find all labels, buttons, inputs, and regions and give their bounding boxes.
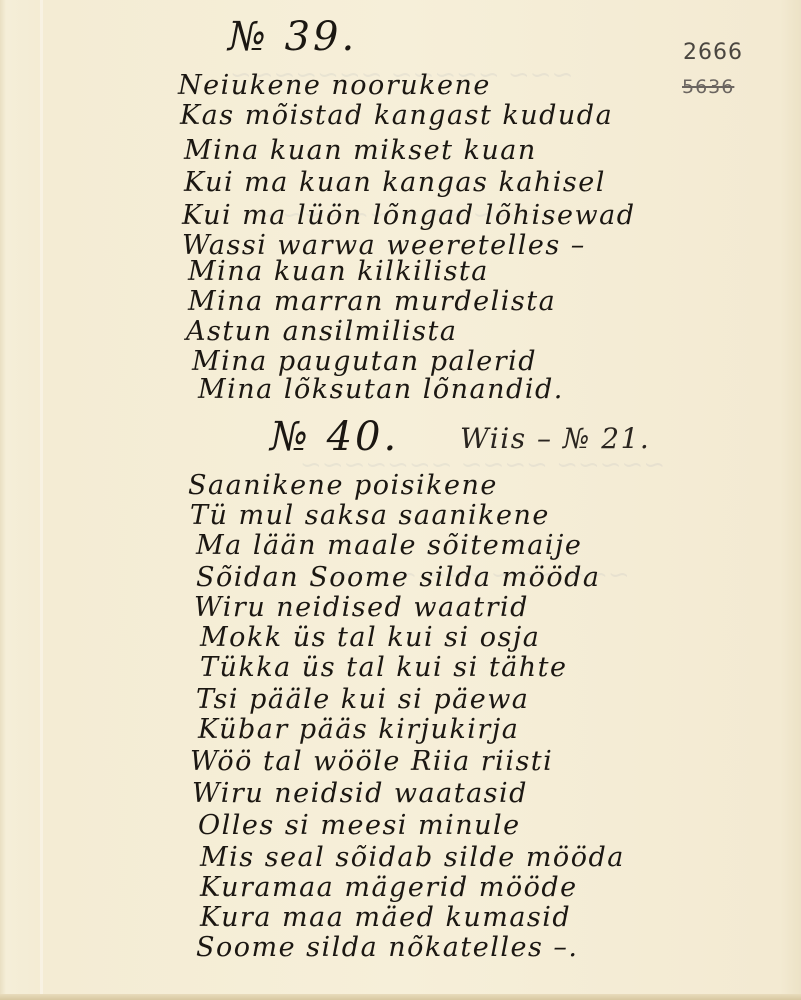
melody-reference: Wiis – № 21.	[460, 422, 650, 455]
verse-line: Kui ma lüön lõngad lõhisewad	[182, 200, 636, 231]
archive-number-struck: 5636	[682, 76, 734, 98]
verse-line: Wiru neidsid waatasid	[192, 778, 528, 809]
verse-line: Wöö tal wööle Riia riisti	[190, 746, 553, 777]
verse-line: Kuramaa mägerid mööde	[200, 872, 578, 903]
song-heading: № 39.	[228, 14, 357, 60]
verse-line: Mina lõksutan lõnandid.	[198, 374, 564, 405]
verse-line: Astun ansilmilista	[186, 316, 458, 347]
verse-line: Olles si meesi minule	[198, 810, 521, 841]
verse-line: Tü mul saksa saanikene	[190, 500, 550, 531]
verse-line: Kui ma kuan kangas kahisel	[184, 167, 606, 198]
verse-line: Kübar pääs kirjukirja	[198, 714, 519, 745]
verse-line: Wiru neidised waatrid	[194, 592, 529, 623]
manuscript-page: ~~~ ~~~~~ ~~~~~~~ ~~~~ ~~~ ~~~~~~ ~~~~~ …	[0, 0, 801, 1000]
page-fold-line	[40, 0, 43, 1000]
verse-line: Mina kuan mikset kuan	[184, 135, 537, 166]
song-heading: № 40.	[270, 414, 399, 460]
verse-line: Mina marran murdelista	[188, 286, 556, 317]
verse-line: Saanikene poisikene	[188, 470, 498, 501]
verse-line: Kura maa mäed kumasid	[200, 902, 571, 933]
verse-line: Neiukene noorukene	[178, 70, 491, 101]
verse-line: Kas mõistad kangast kududa	[180, 100, 613, 131]
verse-line: Mokk üs tal kui si osja	[200, 622, 540, 653]
verse-line: Mina kuan kilkilista	[188, 256, 489, 287]
verse-line: Soome silda nõkatelles –.	[196, 932, 578, 963]
archive-number: 2666	[683, 40, 743, 65]
verse-line: Mis seal sõidab silde mööda	[200, 842, 625, 873]
verse-line: Tükka üs tal kui si tähte	[200, 652, 568, 683]
verse-line: Mina paugutan palerid	[192, 346, 537, 377]
page-bottom-edge	[0, 994, 801, 1000]
verse-line: Ma lään maale sõitemaije	[196, 530, 582, 561]
verse-line: Tsi pääle kui si päewa	[196, 684, 529, 715]
verse-line: Sõidan Soome silda mööda	[196, 562, 601, 593]
